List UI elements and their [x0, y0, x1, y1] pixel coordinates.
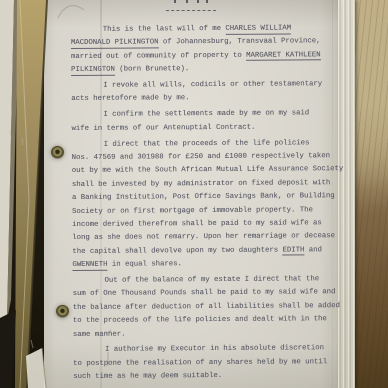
text-line: the capital shall devolve upon my two da…: [72, 244, 348, 259]
photographed-document: This is the last will of me CHARLES WILL…: [0, 0, 388, 388]
paragraph: I confirm the settlements made by me on …: [71, 107, 347, 136]
heading-letter-remnant: [174, 0, 176, 3]
paragraph: Out of the balance of my estate I direct…: [72, 273, 348, 342]
text-line: PILKINGTON (born Brunette).: [71, 62, 347, 77]
desk-wood-surface: [354, 0, 388, 388]
paragraph: I revoke all wills, codicils or other te…: [71, 78, 347, 107]
heading-letter-remnant: [206, 0, 208, 3]
text-line: I revoke all wills, codicils or other te…: [71, 78, 347, 93]
text-line: I confirm the settlements made by me on …: [71, 107, 347, 122]
heading-letter-remnant: [186, 0, 188, 3]
text-line: GWENNETH in equal shares.: [72, 257, 348, 272]
text-line: a Banking Institution, Post Office Savin…: [72, 190, 348, 205]
text-line: wife in terms of our Antenuptial Contrac…: [71, 121, 347, 136]
text-line: married out of community of property to …: [71, 49, 347, 64]
bottom-left-shadow: [0, 310, 16, 388]
text-line: such time as he may deem suitable.: [73, 369, 349, 384]
wedge-highlight: [20, 0, 29, 388]
left-shadow-gap: [0, 0, 44, 388]
text-line: acts heretofore made by me.: [71, 92, 347, 107]
paragraph: This is the last will of me CHARLES WILL…: [71, 22, 347, 77]
sheet-edge-shadow: [7, 0, 19, 320]
text-line: to postpone the realisation of any share…: [73, 356, 349, 371]
cut-off-heading-underline: [166, 0, 216, 11]
punch-eyelet-bottom: [56, 305, 69, 318]
text-line: to the proceeds of the life policies and…: [73, 313, 349, 328]
punch-eyelet-top: [51, 146, 64, 159]
stray-marks: [10, 130, 33, 348]
paragraph: I direct that the proceeds of the life p…: [72, 137, 349, 273]
will-text: This is the last will of me CHARLES WILL…: [71, 22, 350, 387]
text-line: same manner.: [73, 327, 349, 342]
heading-letter-remnant: [197, 0, 199, 3]
paragraph: I authorise my Executor in his absolute …: [73, 343, 349, 385]
underlying-sheet-edge: [0, 0, 14, 352]
